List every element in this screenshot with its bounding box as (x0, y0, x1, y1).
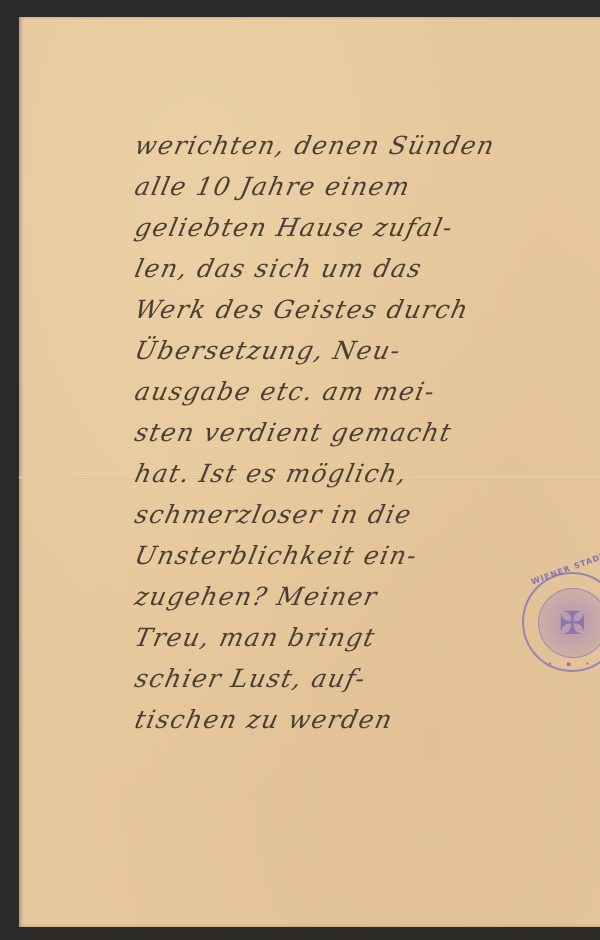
text-line: sten verdient gemacht (131, 412, 580, 453)
text-line: zugehen? Meiner (131, 576, 580, 617)
text-line: Übersetzung, Neu- (131, 330, 580, 371)
text-line: Werk des Geistes durch (131, 289, 580, 330)
text-line: geliebten Hause zufal- (131, 207, 580, 248)
coat-of-arms-icon: ✠ (559, 603, 586, 643)
stamp-emblem-area: ✠ (538, 588, 600, 658)
text-line: werichten, denen Sünden (131, 125, 580, 166)
text-line: tischen zu werden (131, 699, 580, 740)
text-line: ausgabe etc. am mei- (131, 371, 580, 412)
stamp-stars: • ▪ • (548, 660, 595, 668)
text-line: schmerzloser in die (131, 494, 580, 535)
text-line: schier Lust, auf- (131, 658, 580, 699)
text-line: Treu, man bringt (131, 617, 580, 658)
text-line: Unsterblichkeit ein- (131, 535, 580, 576)
text-line: alle 10 Jahre einem (131, 166, 580, 207)
handwritten-text-block: werichten, denen Sünden alle 10 Jahre ei… (131, 125, 571, 740)
letter-page: werichten, denen Sünden alle 10 Jahre ei… (19, 17, 600, 927)
text-line: len, das sich um das (131, 248, 580, 289)
text-line: hat. Ist es möglich, (131, 453, 580, 494)
